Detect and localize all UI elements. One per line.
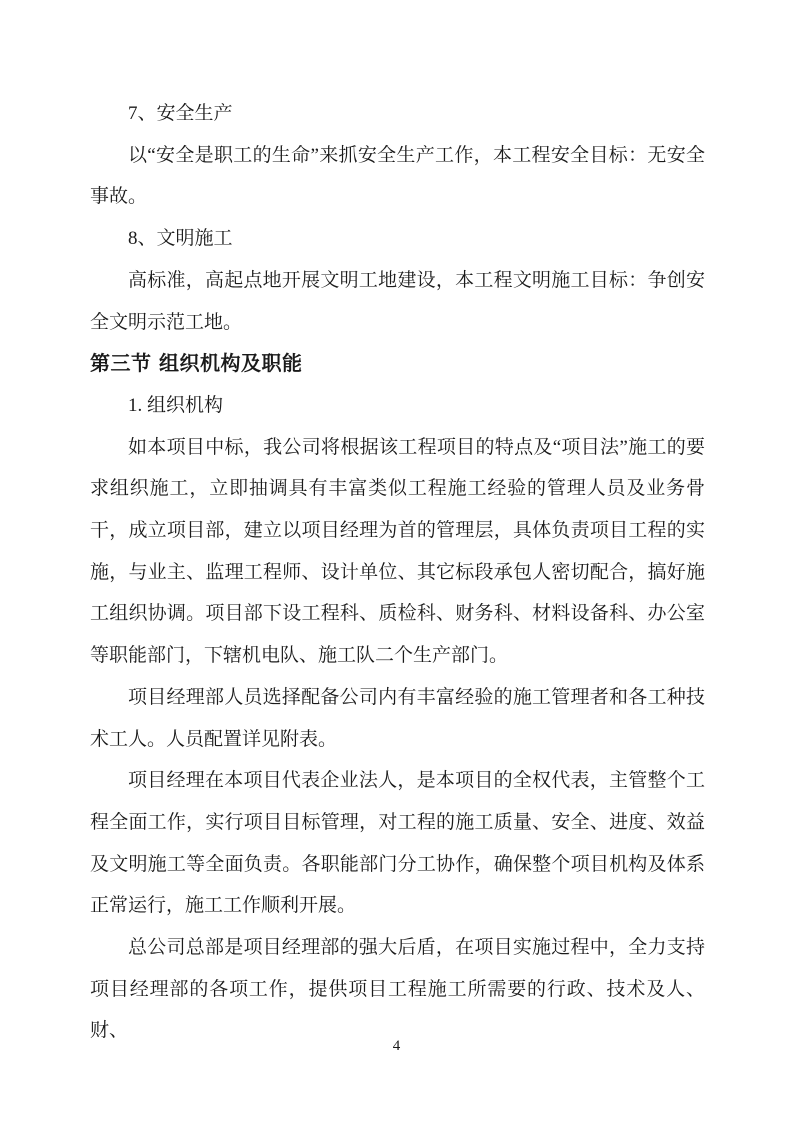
document-page: { "doc": { "page_number": "4", "paragrap… — [0, 0, 793, 1122]
paragraph-safety-production-heading: 7、安全生产 — [90, 93, 705, 135]
document-body: 7、安全生产 以“安全是职工的生命”来抓安全生产工作，本工程安全目标：无安全事故… — [90, 93, 705, 1052]
paragraph-safety-production-body: 以“安全是职工的生命”来抓安全生产工作，本工程安全目标：无安全事故。 — [90, 135, 705, 218]
paragraph-civilized-construction-body: 高标准，高起点地开展文明工地建设，本工程文明施工目标：争创安全文明示范工地。 — [90, 260, 705, 343]
page-canvas: 7、安全生产 以“安全是职工的生命”来抓安全生产工作，本工程安全目标：无安全事故… — [0, 0, 793, 1122]
paragraph-head-office-support: 总公司总部是项目经理部的强大后盾，在项目实施过程中，全力支持项目经理部的各项工作… — [90, 927, 705, 1052]
paragraph-org-structure-body: 如本项目中标，我公司将根据该工程项目的特点及“项目法”施工的要求组织施工，立即抽… — [90, 427, 705, 677]
paragraph-staffing: 项目经理部人员选择配备公司内有丰富经验的施工管理者和各工种技术工人。人员配置详见… — [90, 677, 705, 760]
section-heading: 第三节 组织机构及职能 — [90, 343, 705, 385]
paragraph-project-manager-duties: 项目经理在本项目代表企业法人，是本项目的全权代表，主管整个工程全面工作，实行项目… — [90, 760, 705, 927]
paragraph-civilized-construction-heading: 8、文明施工 — [90, 218, 705, 260]
paragraph-org-structure-subheading: 1. 组织机构 — [90, 385, 705, 427]
page-number: 4 — [0, 1036, 793, 1056]
